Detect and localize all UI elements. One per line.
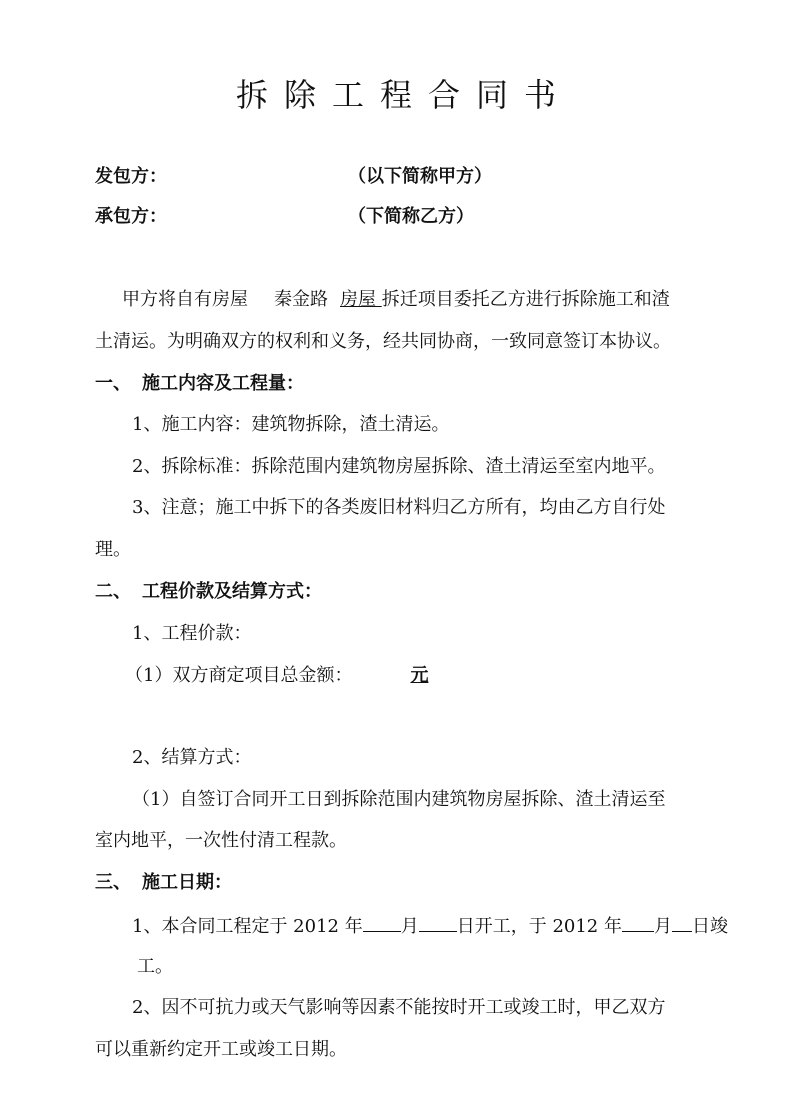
- section-3-item-2-cont: 可以重新约定开工或竣工日期。: [95, 1038, 347, 1062]
- intro-road: 秦金路: [274, 289, 328, 310]
- amount-label: （1）双方商定项目总金额：: [125, 665, 352, 686]
- end-year-text: 日开工，于 2012 年: [457, 916, 622, 937]
- section-1-item-1: 1、施工内容：建筑物拆除，渣土清运。: [132, 413, 449, 437]
- start-year-text: 1、本合同工程定于 2012 年: [132, 916, 363, 937]
- start-month-blank: [363, 913, 401, 932]
- end-month-blank: [622, 913, 654, 932]
- intro-line-1: 甲方将自有房屋秦金路房屋 拆迁项目委托乙方进行拆除施工和渣: [122, 288, 670, 312]
- month-label: 月: [401, 916, 419, 937]
- section-1-item-3: 3、注意；施工中拆下的各类废旧材料归乙方所有，均由乙方自行处: [132, 496, 665, 520]
- start-day-blank: [419, 913, 457, 932]
- section-2-number: 二、: [95, 580, 131, 604]
- intro-text-a: 甲方将自有房屋: [122, 289, 248, 310]
- issuer-note: （以下简称甲方）: [348, 165, 492, 189]
- section-2-item-2-1-cont: 室内地平，一次性付清工程款。: [95, 829, 347, 853]
- section-2-item-1: 1、工程价款：: [132, 622, 251, 646]
- section-1-item-3-cont: 理。: [95, 538, 131, 562]
- amount-field: 元: [352, 665, 428, 686]
- section-3-item-1-cont: 工。: [137, 955, 173, 979]
- intro-line-2: 土清运。为明确双方的权利和义务，经共同协商，一致同意签订本协议。: [95, 330, 671, 354]
- end-day-blank: [672, 913, 692, 932]
- section-2-item-2-1: （1）自签订合同开工日到拆除范围内建筑物房屋拆除、渣土清运至: [132, 788, 665, 812]
- issuer-label: 发包方：: [95, 165, 167, 189]
- section-2-heading: 工程价款及结算方式：: [142, 580, 322, 604]
- section-1-heading: 施工内容及工程量：: [142, 372, 304, 396]
- section-1-number: 一、: [95, 372, 131, 396]
- section-3-item-1: 1、本合同工程定于 2012 年月日开工，于 2012 年月日竣: [132, 913, 728, 939]
- intro-underlined: 房屋: [340, 289, 382, 310]
- section-1-item-2: 2、拆除标准：拆除范围内建筑物房屋拆除、渣土清运至室内地平。: [132, 455, 665, 479]
- month-label-2: 月: [654, 916, 672, 937]
- currency-unit: 元: [410, 665, 428, 686]
- section-2-item-2: 2、结算方式：: [132, 746, 251, 770]
- document-title: 拆除工程合同书: [0, 70, 792, 116]
- contractor-note: （下简称乙方）: [348, 205, 474, 229]
- intro-text-b: 拆迁项目委托乙方进行拆除施工和渣: [382, 289, 670, 310]
- section-3-item-2: 2、因不可抗力或天气影响等因素不能按时开工或竣工时，甲乙双方: [132, 996, 665, 1020]
- completion-text: 日竣: [692, 916, 728, 937]
- section-2-amount-line: （1）双方商定项目总金额：元: [125, 664, 428, 688]
- contractor-label: 承包方：: [95, 205, 167, 229]
- section-3-heading: 施工日期：: [142, 871, 232, 895]
- section-3-number: 三、: [95, 871, 131, 895]
